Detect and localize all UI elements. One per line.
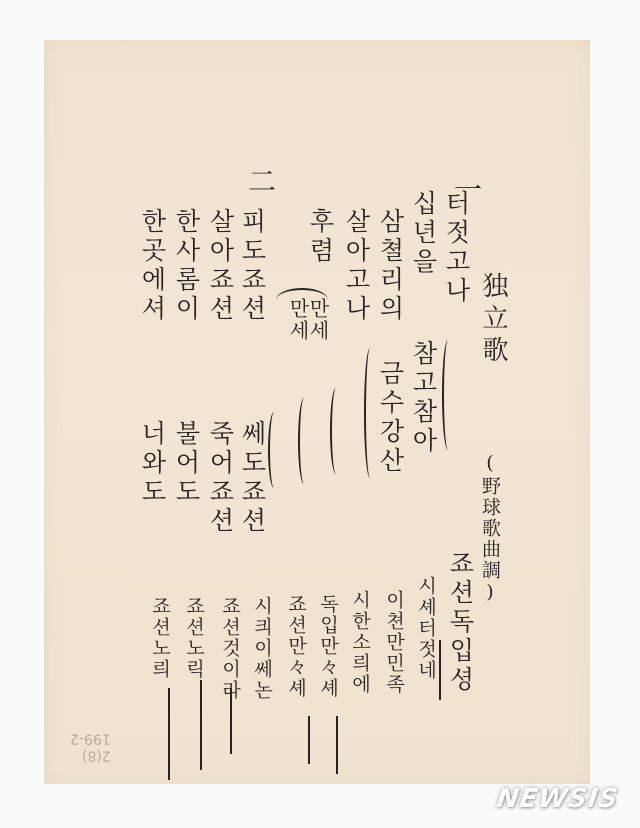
song-subtitle: (野球歌曲調) [480, 452, 499, 605]
song-title: 独立歌 [480, 272, 506, 368]
line-4: 살아고나 [344, 208, 369, 324]
chorus-label: 후렴 [308, 208, 333, 266]
lower-line-5: 독입만々셰 [318, 594, 337, 699]
trailing-stroke [439, 640, 441, 700]
refrain-line-1: 참고참아 [411, 340, 436, 456]
bracket-mark [330, 388, 342, 474]
trailing-stroke [200, 680, 202, 770]
trailing-stroke [168, 688, 170, 780]
refrain-line-6: 너와도 [140, 420, 165, 507]
line-8: 한곳에셔 [140, 208, 165, 324]
refrain-line-5: 불어도 [174, 420, 199, 507]
lower-line-6: 죠션만々셰 [286, 594, 305, 699]
newsis-watermark: NEWSIS [495, 784, 621, 814]
line-7: 한사롬이 [174, 208, 199, 324]
trailing-stroke [336, 716, 338, 774]
refrain-line-3: 쎄도죠션 [240, 420, 265, 536]
lower-line-9: 죠션노릭 [184, 596, 203, 680]
lower-line-2: 시셰터젓네 [416, 576, 435, 681]
trailing-stroke [308, 716, 310, 764]
line-5: 피도죠션 [240, 208, 265, 324]
bracket-mark [298, 398, 310, 484]
line-3: 삼쳘리의 [378, 208, 403, 324]
bracket-mark [268, 412, 280, 488]
pencil-archive-note: 2(8) 199-2 [70, 730, 111, 764]
lower-line-4: 시한소릐에 [350, 590, 369, 695]
pencil-note-2: 199-2 [70, 730, 111, 747]
trailing-stroke [230, 688, 232, 754]
line-6: 살아죠션 [208, 208, 233, 324]
line-1: 터젓고나 [444, 190, 469, 306]
bracket-mark [364, 348, 376, 478]
lower-line-7: 시킈이쎄논 [252, 596, 271, 701]
lower-line-3: 이쳔만민족 [384, 590, 403, 695]
chorus-manse: 만세만세 [284, 298, 328, 358]
section-2-numeral: 二 [248, 168, 276, 196]
lower-line-10: 죠션노릐 [150, 596, 169, 680]
line-2: 십년을 [411, 190, 436, 277]
lower-line-8: 죠션것이라 [220, 596, 239, 701]
manuscript-paper: 一 二 独立歌 (野球歌曲調) 터젓고나 십년을 삼쳘리의 살아고나 참고참아 … [44, 40, 590, 784]
lower-line-1: 죠션독입셩 [448, 550, 473, 695]
refrain-line-2: 금수강산 [378, 360, 403, 476]
refrain-line-4: 죽어죠션 [208, 420, 233, 536]
bracket-mark [442, 340, 454, 450]
pencil-note-1: 2(8) [70, 747, 111, 764]
